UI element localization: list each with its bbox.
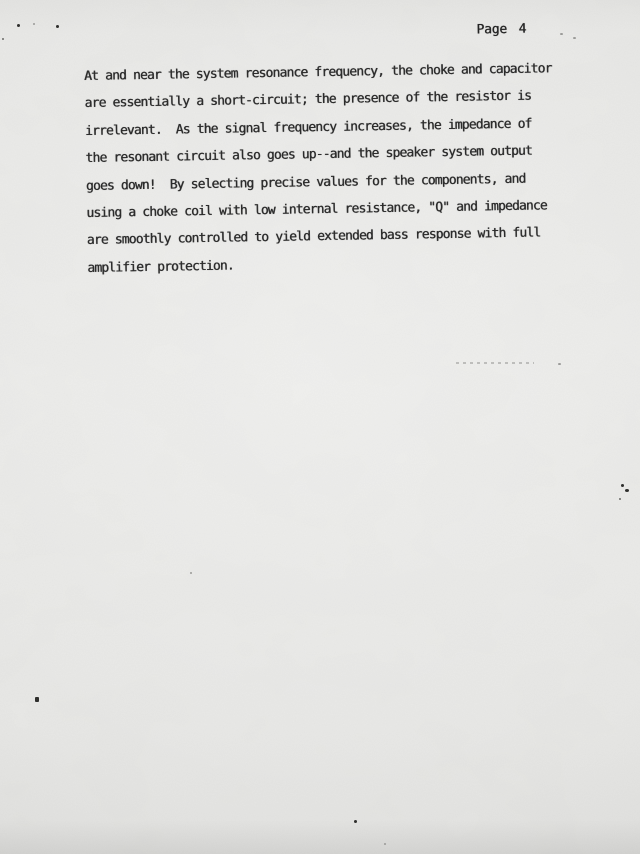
ink-speck bbox=[35, 697, 39, 702]
scanned-document-page: { "page": { "label": "Page 4" }, "paragr… bbox=[0, 0, 640, 854]
ink-speck bbox=[2, 38, 4, 40]
ink-speck bbox=[190, 572, 192, 574]
page-number-label: Page 4 bbox=[476, 22, 526, 38]
typed-content-layer: Page 4 At and near the system resonance … bbox=[0, 0, 640, 854]
ink-speck bbox=[354, 820, 357, 823]
ink-speck bbox=[558, 363, 561, 365]
ink-speck bbox=[17, 24, 20, 27]
ink-speck bbox=[56, 25, 59, 28]
ink-speck bbox=[621, 484, 624, 487]
ink-speck bbox=[384, 843, 386, 845]
ink-speck bbox=[573, 37, 576, 39]
ink-speck bbox=[625, 489, 629, 492]
ink-speck bbox=[560, 33, 563, 35]
ink-speck bbox=[33, 23, 35, 25]
ink-speck bbox=[619, 498, 621, 500]
body-paragraph: At and near the system resonance frequen… bbox=[84, 55, 588, 282]
faint-scratch-mark bbox=[456, 362, 534, 364]
